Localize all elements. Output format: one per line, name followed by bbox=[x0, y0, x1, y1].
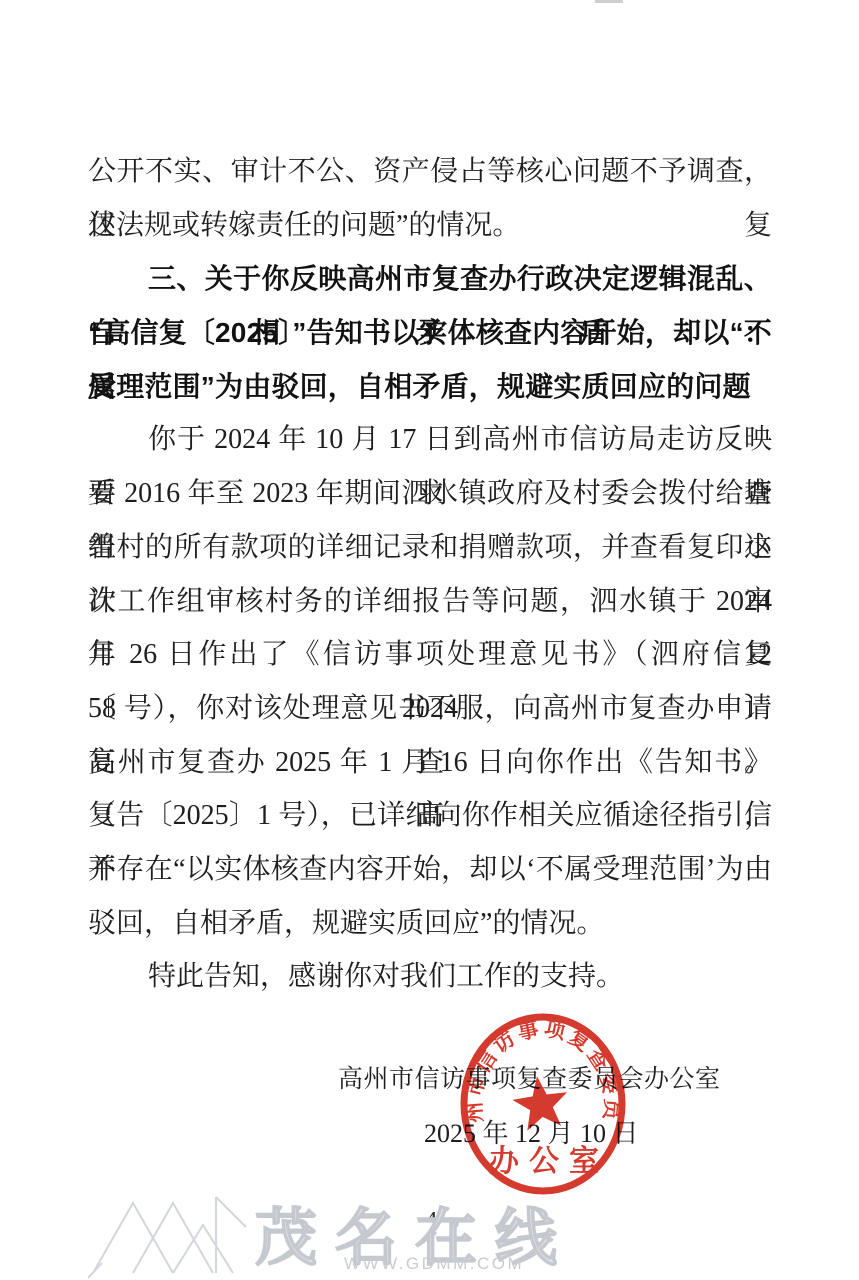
text-line: 你于 2024 年 10 月 17 日到高州市信访局走访反映要求查 bbox=[88, 413, 772, 467]
star-icon bbox=[510, 1072, 572, 1132]
seal-bottom-text: 办公室 bbox=[489, 1145, 609, 1178]
text-line: “高信复〔2025〕”告知书以实体核查内容开始，却以“不属 bbox=[88, 306, 772, 360]
watermark-logo-icon bbox=[88, 1185, 253, 1280]
text-line: 看 2016 年至 2023 年期间泗水镇政府及村委会拨付给塘普小 bbox=[88, 467, 772, 521]
text-line: 组村的所有款项的详细记录和捐赠款项，并查看复印这次审 bbox=[88, 521, 772, 575]
text-line: 不存在“以实体核查内容开始，却以‘不属受理范围’为由 bbox=[88, 843, 772, 897]
text-line: 受理范围”为由驳回，自相矛盾，规避实质回应的问题 bbox=[88, 360, 772, 414]
text-line: 公开不实、审计不公、资产侵占等核心问题不予调查，仅复 bbox=[88, 145, 772, 199]
text-line: 58 号），你对该处理意见书不服，向高州市复查办申请复查。 bbox=[88, 682, 772, 736]
text-line: 驳回，自相矛盾，规避实质回应”的情况。 bbox=[88, 897, 772, 951]
watermark-site-url: WWW.GDMM.COM bbox=[344, 1254, 524, 1274]
official-seal: 高州市信访事项复查委员会 办公室 bbox=[450, 1005, 640, 1205]
text-line: 三、关于你反映高州市复查办行政决定逻辑混乱、自相矛盾： bbox=[88, 252, 772, 306]
document-page: 公开不实、审计不公、资产侵占等核心问题不予调查，仅复述法规或转嫁责任的问题”的情… bbox=[0, 0, 859, 1280]
text-line: 计工作组审核村务的详细报告等问题，泗水镇于 2024 年 12 bbox=[88, 575, 772, 629]
text-line: 月 26 日作出了《信访事项处理意见书》（泗府信复〔2024〕 bbox=[88, 628, 772, 682]
text-line: 特此告知，感谢你对我们工作的支持。 bbox=[88, 950, 772, 1004]
text-line: 高州市复查办 2025 年 1 月 16 日向你作出《告知书》（高信 bbox=[88, 736, 772, 790]
scan-artifact bbox=[595, 0, 623, 3]
text-line: 复告〔2025〕1 号），已详细向你作相关应循途径指引，并 bbox=[88, 789, 772, 843]
text-block: 公开不实、审计不公、资产侵占等核心问题不予调查，仅复述法规或转嫁责任的问题”的情… bbox=[88, 145, 772, 1004]
